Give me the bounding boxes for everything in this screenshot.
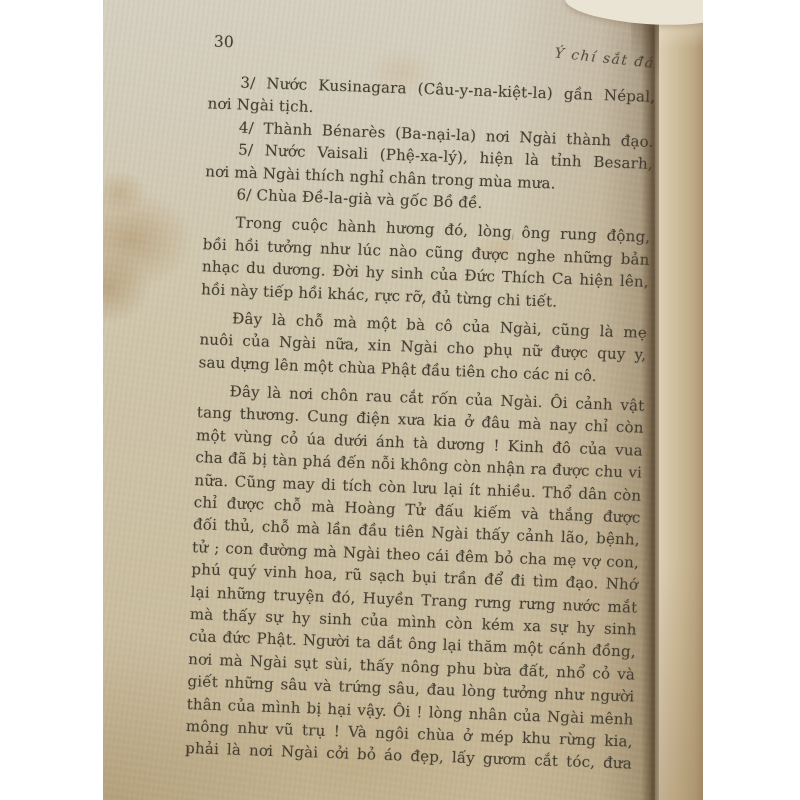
facing-page-edge bbox=[659, 0, 703, 800]
book-page: 30 Ý chí sắt đá 3/ Nước Kusinagara (Câu-… bbox=[103, 0, 655, 800]
page-header: 30 Ý chí sắt đá bbox=[209, 30, 657, 72]
book-photo: 30 Ý chí sắt đá 3/ Nước Kusinagara (Câu-… bbox=[103, 0, 703, 800]
text-lines: 3/ Nước Kusinagara (Câu-y-na-kiệt-la) gầ… bbox=[185, 70, 656, 775]
gutter-crease bbox=[641, 0, 661, 800]
page-number: 30 bbox=[209, 30, 234, 53]
page-text: 30 Ý chí sắt đá 3/ Nước Kusinagara (Câu-… bbox=[185, 30, 657, 775]
